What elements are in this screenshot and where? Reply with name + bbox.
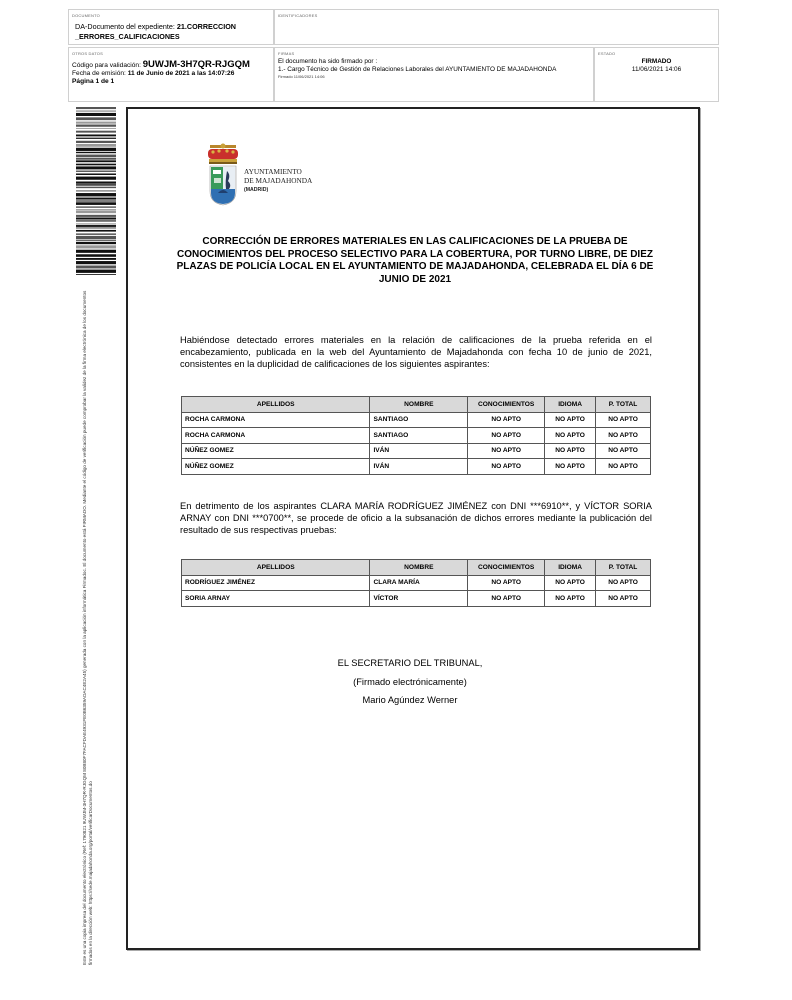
table-cell: NO APTO (545, 428, 596, 444)
table-cell: NO APTO (468, 412, 545, 428)
coat-of-arms-icon (206, 143, 240, 207)
documento-value: DA-Documento del expediente: 21.CORRECCI… (75, 22, 236, 41)
signature-note: (Firmado electrónicamente) (300, 677, 520, 687)
firmas-cell: FIRMAS El documento ha sido firmado por … (274, 47, 594, 102)
table-cell: NO APTO (545, 412, 596, 428)
signer: 1.- Cargo Técnico de Gestión de Relacion… (278, 66, 556, 73)
table-cell: NÚÑEZ GOMEZ (182, 443, 370, 459)
column-header: APELLIDOS (182, 397, 370, 413)
document-title: CORRECCIÓN DE ERRORES MATERIALES EN LAS … (170, 236, 660, 286)
documento-label: DOCUMENTO (72, 13, 100, 18)
duplicated-grades-table: APELLIDOSNOMBRECONOCIMIENTOSIDIOMAP. TOT… (181, 396, 651, 475)
table-cell: NO APTO (596, 443, 651, 459)
table-cell: IVÁN (370, 459, 468, 475)
corrected-grades-table: APELLIDOSNOMBRECONOCIMIENTOSIDIOMAP. TOT… (181, 559, 651, 607)
documento-cell: DOCUMENTO DA-Documento del expediente: 2… (68, 9, 274, 45)
signature-name: Mario Agúndez Werner (300, 695, 520, 705)
table-cell: IVÁN (370, 443, 468, 459)
table-cell: NO APTO (545, 591, 596, 607)
table-row: ROCHA CARMONASANTIAGONO APTONO APTONO AP… (182, 428, 651, 444)
municipality-name: AYUNTAMIENTO DE MAJADAHONDA (MADRID) (244, 167, 312, 195)
estado-label: ESTADO (598, 51, 615, 56)
otros-datos-label: OTROS DATOS (72, 51, 103, 56)
status-date: 11/06/2021 14:06 (632, 66, 681, 73)
column-header: P. TOTAL (596, 397, 651, 413)
table-cell: VÍCTOR (370, 591, 468, 607)
barcode-icon (76, 107, 116, 275)
column-header: P. TOTAL (596, 560, 651, 576)
column-header: NOMBRE (370, 397, 468, 413)
table-row: SORIA ARNAYVÍCTORNO APTONO APTONO APTO (182, 591, 651, 607)
table-cell: NO APTO (596, 591, 651, 607)
signature-role: EL SECRETARIO DEL TRIBUNAL, (300, 658, 520, 668)
table-cell: ROCHA CARMONA (182, 428, 370, 444)
table-cell: NO APTO (545, 459, 596, 475)
page-count: Página 1 de 1 (72, 78, 114, 85)
signed-date: Firmado 11/06/2021 14:06 (278, 74, 556, 79)
table-cell: NO APTO (468, 591, 545, 607)
table-row: RODRÍGUEZ JIMÉNEZCLARA MARÍANO APTONO AP… (182, 575, 651, 591)
identificadores-cell: IDENTIFICADORES (274, 9, 719, 45)
table-cell: SORIA ARNAY (182, 591, 370, 607)
table-cell: SANTIAGO (370, 428, 468, 444)
table-cell: NO APTO (545, 575, 596, 591)
table-cell: NO APTO (468, 443, 545, 459)
table-cell: NO APTO (468, 428, 545, 444)
otros-datos-cell: OTROS DATOS Código para validación: 9UWJ… (68, 47, 274, 102)
verification-side-text: Este es una copia impresa del documento … (82, 275, 94, 965)
table-cell: RODRÍGUEZ JIMÉNEZ (182, 575, 370, 591)
table-row: ROCHA CARMONASANTIAGONO APTONO APTONO AP… (182, 412, 651, 428)
emission-date: 11 de Junio de 2021 a las 14:07:26 (128, 70, 235, 77)
table-cell: CLARA MARÍA (370, 575, 468, 591)
document-metadata-header: DOCUMENTO DA-Documento del expediente: 2… (68, 9, 719, 102)
column-header: CONOCIMIENTOS (468, 397, 545, 413)
column-header: NOMBRE (370, 560, 468, 576)
table-cell: NO APTO (596, 459, 651, 475)
identificadores-label: IDENTIFICADORES (278, 13, 317, 18)
column-header: APELLIDOS (182, 560, 370, 576)
table-row: NÚÑEZ GOMEZIVÁNNO APTONO APTONO APTO (182, 443, 651, 459)
table-cell: NO APTO (468, 459, 545, 475)
table-cell: NO APTO (545, 443, 596, 459)
estado-cell: ESTADO FIRMADO 11/06/2021 14:06 (594, 47, 719, 102)
table-cell: NO APTO (468, 575, 545, 591)
validation-code: 9UWJM-3H7QR-RJGQM (143, 59, 250, 70)
table-cell: NO APTO (596, 575, 651, 591)
table-cell: NÚÑEZ GOMEZ (182, 459, 370, 475)
firmas-label: FIRMAS (278, 51, 294, 56)
column-header: IDIOMA (545, 397, 596, 413)
table-cell: NO APTO (596, 412, 651, 428)
intro-paragraph: Habiéndose detectado errores materiales … (180, 334, 652, 371)
correction-paragraph: En detrimento de los aspirantes CLARA MA… (180, 500, 652, 537)
table-header-row: APELLIDOSNOMBRECONOCIMIENTOSIDIOMAP. TOT… (182, 397, 651, 413)
column-header: IDIOMA (545, 560, 596, 576)
table-row: NÚÑEZ GOMEZIVÁNNO APTONO APTONO APTO (182, 459, 651, 475)
column-header: CONOCIMIENTOS (468, 560, 545, 576)
status-badge: FIRMADO (642, 58, 672, 65)
table-header-row: APELLIDOSNOMBRECONOCIMIENTOSIDIOMAP. TOT… (182, 560, 651, 576)
table-cell: NO APTO (596, 428, 651, 444)
table-cell: ROCHA CARMONA (182, 412, 370, 428)
table-cell: SANTIAGO (370, 412, 468, 428)
